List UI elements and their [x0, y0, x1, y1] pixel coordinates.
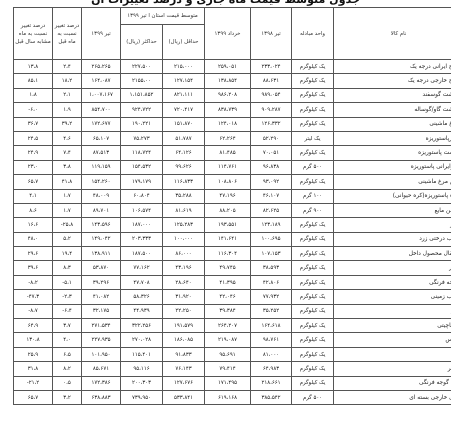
header-pct-change-year: درصد تغییر نسبت به ماه مشابه سال قبل	[14, 8, 53, 60]
cell-pct-year: ۳۱،۸	[14, 362, 53, 376]
cell-pct-year: ۲۹،۶	[14, 247, 53, 261]
cell-pct-year: ۸،۷-	[14, 304, 53, 318]
cell-tir98: ۹۸،۷۶۱	[251, 333, 292, 347]
table-row: شیرپاستوریزهیک لیتر۵۲،۲۹۰۶۲،۲۶۴۵۱،۷۸۷۷۵،…	[14, 131, 451, 145]
cell-khordad99: ۹۸۶،۲۰۸	[205, 88, 251, 102]
cell-name: خیار	[334, 261, 451, 275]
cell-pct-year: ۲۱،۲-	[14, 376, 53, 390]
cell-min: ۲۸،۶۴۰	[163, 275, 205, 289]
cell-unit: ۵۰۰ گرم	[292, 390, 334, 404]
table-body: برنج ایرانی درجه یکیک کیلوگرم۲۳۳،۰۲۴۲۵۹،…	[14, 60, 451, 405]
table-row: سیب زمینییک کیلوگرم۷۷،۹۳۲۴۲،۰۴۶۳۱،۹۲۰۵۸،…	[14, 290, 451, 304]
cell-name: شکر	[334, 362, 451, 376]
cell-name: گوشت گاو/گوساله	[334, 103, 451, 117]
cell-khordad99: ۲۵۹،۰۵۱	[205, 60, 251, 74]
cell-tir98: ۲۳۳،۰۲۴	[251, 60, 292, 74]
cell-max: ۲۷۰،۰۲۸	[121, 333, 163, 347]
cell-max: ۱۸۷،۵۰۰	[121, 247, 163, 261]
cell-tir99: ۱۱۹،۱۵۹	[82, 160, 121, 174]
cell-min: ۹۹،۶۲۶	[163, 160, 205, 174]
cell-unit: یک لیتر	[292, 131, 334, 145]
cell-max: ۲۰۰،۳۰۳	[121, 376, 163, 390]
header-tir-1399: تیر ۱۳۹۹	[82, 8, 121, 60]
cell-pct-year: ۸۵،۱	[14, 74, 53, 88]
cell-pct-month: ۳۹،۲	[53, 117, 82, 131]
cell-name: لوبیاچیتی	[334, 319, 451, 333]
cell-pct-year: ۶۵،۷	[14, 175, 53, 189]
cell-min: ۳۵،۲۸۸	[163, 189, 205, 203]
cell-tir99: ۱۴۳،۵۹۶	[82, 218, 121, 232]
cell-max: ۱۰۶،۵۷۴	[121, 203, 163, 217]
cell-max: ۱۱۵،۴۰۱	[121, 347, 163, 361]
cell-tir99: ۸۵۴،۷۰۰	[82, 103, 121, 117]
cell-unit: یک کیلوگرم	[292, 347, 334, 361]
header-unit: واحد مبادله	[292, 8, 334, 60]
cell-unit: یک کیلوگرم	[292, 74, 334, 88]
cell-tir98: ۱۰۰،۶۹۵	[251, 232, 292, 246]
cell-unit: یک کیلوگرم	[292, 333, 334, 347]
cell-name: کره پاستوریزه(کره حیوانی)	[334, 189, 451, 203]
cell-tir99: ۱۷۲،۶۷۷	[82, 117, 121, 131]
price-table: نام کالا واحد مبادله تیر ۱۳۹۸ خرداد ۱۳۹۹…	[13, 7, 451, 405]
cell-min: ۱۹۱،۵۷۹	[163, 319, 205, 333]
cell-khordad99: ۶۱۹،۱۶۸	[205, 390, 251, 404]
cell-name: سیب درختی زرد	[334, 232, 451, 246]
cell-khordad99: ۱۷۱،۴۹۵	[205, 376, 251, 390]
cell-max: ۴۷،۷۰۸	[121, 275, 163, 289]
cell-min: ۹۱،۸۳۳	[163, 347, 205, 361]
cell-tir98: ۷۰،۰۵۱	[251, 146, 292, 160]
cell-khordad99: ۴۹،۷۴۵	[205, 261, 251, 275]
cell-pct-year: ۸،۶	[14, 203, 53, 217]
cell-tir98: ۷۷،۹۳۲	[251, 290, 292, 304]
cell-max: ۱۵۴،۵۳۲	[121, 160, 163, 174]
cell-pct-month: ۴،۶	[53, 131, 82, 145]
cell-pct-month: ۷،۴	[53, 146, 82, 160]
cell-tir99: ۳۲،۱۷۵	[82, 304, 121, 318]
cell-pct-month: ۴۱،۸	[53, 175, 82, 189]
cell-pct-year: ۱۶،۶	[14, 218, 53, 232]
cell-unit: یک کیلوگرم	[292, 232, 334, 246]
cell-pct-month: ۱۸،۲	[53, 74, 82, 88]
cell-pct-month: ۳،۷	[53, 319, 82, 333]
cell-tir98: ۱۲۶،۳۳۲	[251, 117, 292, 131]
cell-tir98: ۹۶،۸۳۸	[251, 160, 292, 174]
table-title: جدول متوسط قیمت ماه جاری و درصد تغییرات …	[0, 0, 451, 6]
table-row: چای خارجی بسته ای۵۰۰ گرم۳۸۵،۵۴۲۶۱۹،۱۶۸۵۳…	[14, 390, 451, 404]
header-tir-1398: تیر ۱۳۹۸	[251, 8, 292, 60]
cell-pct-year: ۲۵،۹	[14, 347, 53, 361]
cell-min: ۲۲،۲۵۰	[163, 304, 205, 318]
cell-pct-year: ۴،۱	[14, 189, 53, 203]
cell-max: ۲۱۵۵،۰۰	[121, 74, 163, 88]
cell-min: ۷۶،۱۴۳	[163, 362, 205, 376]
cell-tir98: ۴۲،۸۰۶	[251, 275, 292, 289]
cell-tir98: ۳۵،۲۵۲	[251, 304, 292, 318]
cell-pct-year: ۳۶،۷	[14, 117, 53, 131]
cell-min: ۱۰۰،۰۰۰	[163, 232, 205, 246]
cell-khordad99: ۹۵،۶۹۱	[205, 347, 251, 361]
cell-min: ۱۵۱،۸۷۰	[163, 117, 205, 131]
cell-unit: ۵۰۰ گرم	[292, 160, 334, 174]
cell-khordad99: ۱۰۸،۸۰۶	[205, 175, 251, 189]
cell-max: ۱۱۸،۷۲۴	[121, 146, 163, 160]
cell-max: ۱،۱۵۱،۸۵۲	[121, 88, 163, 102]
cell-khordad99: ۱۳۸،۸۵۴	[205, 74, 251, 88]
cell-khordad99: ۲۶۴،۲۰۷	[205, 319, 251, 333]
cell-name: پنیرایرانی پاستوریزه	[334, 160, 451, 174]
cell-pct-month: ۵،۱-	[53, 275, 82, 289]
cell-pct-year: ۲۳،۰	[14, 160, 53, 174]
cell-unit: یک کیلوگرم	[292, 117, 334, 131]
cell-pct-year: ۱۳۰،۸	[14, 333, 53, 347]
cell-tir98: ۸۲،۶۲۵	[251, 203, 292, 217]
table-row: قندیک کیلوگرم۸۱،۰۰۰۹۵،۶۹۱۹۱،۸۳۳۱۱۵،۴۰۱۱۰…	[14, 347, 451, 361]
cell-pct-month: ۲،۳-	[53, 290, 82, 304]
table-row: عدسیک کیلوگرم۹۸،۷۶۱۲۱۹،۰۸۷۱۸۶،۰۸۵۲۷۰،۰۲۸…	[14, 333, 451, 347]
table-row: ماست پاستوریزهیک کیلوگرم۷۰،۰۵۱۸۱،۴۸۵۶۴،۱…	[14, 146, 451, 160]
cell-khordad99: ۱۱۴،۷۶۱	[205, 160, 251, 174]
cell-pct-month: ۶،۵	[53, 347, 82, 361]
cell-tir99: ۲۶۵،۲۶۵	[82, 60, 121, 74]
cell-max: ۴۴،۹۳۹	[121, 304, 163, 318]
cell-tir99: ۸۵،۶۷۱	[82, 362, 121, 376]
cell-name: گوجه فرنگی	[334, 275, 451, 289]
table-row: موزیک کیلوگرم۱۲۳،۱۸۹۱۹۳،۵۵۱۱۲۵،۲۸۳۱۸۷،۰۰…	[14, 218, 451, 232]
cell-unit: یک کیلوگرم	[292, 275, 334, 289]
cell-max: ۷۷،۱۶۲	[121, 261, 163, 275]
cell-min: ۸۶،۰۰۰	[163, 247, 205, 261]
cell-pct-year: ۶۵،۷	[14, 390, 53, 404]
cell-unit: یک کیلوگرم	[292, 103, 334, 117]
table-row: خیاریک کیلوگرم۳۸،۵۹۳۴۹،۷۴۵۴۳،۱۹۶۷۷،۱۶۲۵۳…	[14, 261, 451, 275]
cell-pct-year: ۱۳،۸	[14, 60, 53, 74]
cell-max: ۹۲۴،۷۲۲	[121, 103, 163, 117]
cell-tir99: ۱۴۹،۰۴۲	[82, 232, 121, 246]
cell-max: ۱۹۰،۲۲۱	[121, 117, 163, 131]
cell-tir99: ۳۹،۲۹۶	[82, 275, 121, 289]
cell-unit: ۱۰۰ گرم	[292, 189, 334, 203]
cell-khordad99: ۱۲۴،۰۱۸	[205, 117, 251, 131]
table-row: رب گوجه فرنگییک کیلوگرم۲۱۸،۶۶۱۱۷۱،۴۹۵۱۲۷…	[14, 376, 451, 390]
table-row: روغن مایع۹۰۰ گرم۸۲،۶۲۵۸۸،۲۰۵۸۱،۶۱۹۱۰۶،۵۷…	[14, 203, 451, 217]
cell-khordad99: ۸۱،۴۸۵	[205, 146, 251, 160]
cell-khordad99: ۱۴۱،۶۴۱	[205, 232, 251, 246]
cell-tir99: ۶۵،۱۰۷	[82, 131, 121, 145]
cell-tir99: ۵۳،۸۷۰	[82, 261, 121, 275]
cell-pct-year: ۸،۲-	[14, 275, 53, 289]
cell-khordad99: ۴۱،۳۹۵	[205, 275, 251, 289]
cell-min: ۵۳۳،۸۴۱	[163, 390, 205, 404]
cell-pct-month: ۰،۵	[53, 376, 82, 390]
cell-tir98: ۹۳،۰۹۲	[251, 175, 292, 189]
cell-pct-month: ۱،۷	[53, 203, 82, 217]
cell-name: شیرپاستوریزه	[334, 131, 451, 145]
cell-name: عدس	[334, 333, 451, 347]
cell-tir98: ۴۶،۱۰۷	[251, 189, 292, 203]
cell-tir98: ۳۸،۵۹۳	[251, 261, 292, 275]
table-row: برنج خارجی درجه یکیک کیلوگرم۸۸،۶۳۱۱۳۸،۸۵…	[14, 74, 451, 88]
cell-tir99: ۱۰۱،۹۵۰	[82, 347, 121, 361]
cell-unit: یک کیلوگرم	[292, 60, 334, 74]
cell-pct-month: ۱،۹	[53, 103, 82, 117]
table-row: برنج ایرانی درجه یکیک کیلوگرم۲۳۳،۰۲۴۲۵۹،…	[14, 60, 451, 74]
cell-name: سیب زمینی	[334, 290, 451, 304]
cell-unit: یک کیلوگرم	[292, 218, 334, 232]
cell-tir98: ۹۸۹،۰۵۴	[251, 88, 292, 102]
cell-min: ۵۱،۷۸۷	[163, 131, 205, 145]
cell-name: روغن مایع	[334, 203, 451, 217]
table-row: کره پاستوریزه(کره حیوانی)۱۰۰ گرم۴۶،۱۰۷۴۷…	[14, 189, 451, 203]
cell-pct-month: ۵،۲	[53, 232, 82, 246]
cell-min: ۱۲۷،۶۷۶	[163, 376, 205, 390]
cell-khordad99: ۴۷،۱۹۶	[205, 189, 251, 203]
table-row: مرغ ماشینییک کیلوگرم۱۲۶،۳۳۲۱۲۴،۰۱۸۱۵۱،۸۷…	[14, 117, 451, 131]
cell-unit: یک کیلوگرم	[292, 319, 334, 333]
cell-pct-month: ۱،۷	[53, 189, 82, 203]
cell-max: ۶۰،۸۰۴	[121, 189, 163, 203]
cell-name: گوشت گوسفند	[334, 88, 451, 102]
cell-tir99: ۱،۰۰۷،۱۶۷	[82, 88, 121, 102]
cell-name: قند	[334, 347, 451, 361]
cell-khordad99: ۱۱۶،۳۰۴	[205, 247, 251, 261]
table-row: پرتقال محصول داخلیک کیلوگرم۱۰۷،۱۵۳۱۱۶،۳۰…	[14, 247, 451, 261]
table-row: لوبیاچیتییک کیلوگرم۱۶۴،۶۱۸۲۶۴،۲۰۷۱۹۱،۵۷۹…	[14, 319, 451, 333]
cell-min: ۳۱،۹۲۰	[163, 290, 205, 304]
cell-tir99: ۸۹،۷۰۱	[82, 203, 121, 217]
table-row: پیازیک کیلوگرم۳۵،۲۵۲۳۹،۳۸۴۲۲،۲۵۰۴۴،۹۳۹۳۲…	[14, 304, 451, 318]
cell-name: رب گوجه فرنگی	[334, 376, 451, 390]
cell-max: ۱۷۹،۱۷۹	[121, 175, 163, 189]
cell-max: ۳۲۲،۲۵۶	[121, 319, 163, 333]
cell-pct-year: ۲۴،۹	[14, 146, 53, 160]
cell-tir98: ۵۲،۲۹۰	[251, 131, 292, 145]
cell-tir98: ۱۰۷،۱۵۳	[251, 247, 292, 261]
cell-khordad99: ۶۲،۲۶۴	[205, 131, 251, 145]
cell-khordad99: ۱۹۳،۵۵۱	[205, 218, 251, 232]
cell-min: ۴۳،۱۹۶	[163, 261, 205, 275]
cell-pct-month: ۸،۳	[53, 261, 82, 275]
cell-max: ۹۵،۱۱۶	[121, 362, 163, 376]
cell-khordad99: ۸۸،۲۰۵	[205, 203, 251, 217]
cell-pct-month: ۶،۴-	[53, 304, 82, 318]
cell-name: پرتقال محصول داخل	[334, 247, 451, 261]
cell-name: پیاز	[334, 304, 451, 318]
table-row: گوجه فرنگییک کیلوگرم۴۲،۸۰۶۴۱،۳۹۵۲۸،۶۴۰۴۷…	[14, 275, 451, 289]
cell-tir98: ۶۴،۹۸۳	[251, 362, 292, 376]
cell-name: برنج ایرانی درجه یک	[334, 60, 451, 74]
cell-min: ۸۲۱،۱۱۱	[163, 88, 205, 102]
cell-pct-month: ۳،۲	[53, 390, 82, 404]
header-max-price: حداکثر (ریال)	[121, 25, 163, 60]
cell-pct-year: ۳۹،۶	[14, 261, 53, 275]
cell-unit: یک کیلوگرم	[292, 175, 334, 189]
cell-tir99: ۱۷۲،۳۸۶	[82, 376, 121, 390]
cell-unit: یک کیلوگرم	[292, 88, 334, 102]
cell-min: ۱۱۶،۸۳۳	[163, 175, 205, 189]
table-row: گوشت گوسفندیک کیلوگرم۹۸۹،۰۵۴۹۸۶،۲۰۸۸۲۱،۱…	[14, 88, 451, 102]
cell-tir98: ۱۲۳،۱۸۹	[251, 218, 292, 232]
cell-tir98: ۳۸۵،۵۴۲	[251, 390, 292, 404]
cell-unit: یک کیلوگرم	[292, 146, 334, 160]
cell-min: ۸۱،۶۱۹	[163, 203, 205, 217]
cell-min: ۲۱۵،۰۰۰	[163, 60, 205, 74]
cell-unit: ۹۰۰ گرم	[292, 203, 334, 217]
cell-min: ۱۲۵،۲۸۳	[163, 218, 205, 232]
table-row: گوشت گاو/گوسالهیک کیلوگرم۹۰۹،۲۸۷۸۳۸،۷۳۹۷…	[14, 103, 451, 117]
header-item-name: نام کالا	[334, 8, 451, 60]
cell-max: ۲۲۷،۵۰۰	[121, 60, 163, 74]
cell-min: ۱۲۷،۱۵۴	[163, 74, 205, 88]
cell-name: ماست پاستوریزه	[334, 146, 451, 160]
cell-pct-month: ۴،۰	[53, 333, 82, 347]
cell-tir98: ۸۱،۰۰۰	[251, 347, 292, 361]
cell-pct-month: ۲،۱	[53, 88, 82, 102]
cell-min: ۶۴،۱۲۶	[163, 146, 205, 160]
cell-max: ۷۳۹،۹۵۰	[121, 390, 163, 404]
cell-khordad99: ۷۹،۴۱۴	[205, 362, 251, 376]
cell-name: مرغ ماشینی	[334, 117, 451, 131]
cell-unit: یک کیلوگرم	[292, 362, 334, 376]
cell-pct-year: ۴۷،۳-	[14, 290, 53, 304]
cell-unit: یک کیلوگرم	[292, 304, 334, 318]
cell-tir98: ۱۶۴،۶۱۸	[251, 319, 292, 333]
cell-tir99: ۴۱،۰۸۲	[82, 290, 121, 304]
cell-pct-month: ۸،۲	[53, 362, 82, 376]
cell-unit: یک کیلوگرم	[292, 290, 334, 304]
cell-khordad99: ۴۲،۰۴۶	[205, 290, 251, 304]
cell-khordad99: ۳۹،۳۸۴	[205, 304, 251, 318]
cell-pct-year: ۶،۰-	[14, 103, 53, 117]
table-row: سیب درختی زردیک کیلوگرم۱۰۰،۶۹۵۱۴۱،۶۴۱۱۰۰…	[14, 232, 451, 246]
cell-name: چای خارجی بسته ای	[334, 390, 451, 404]
cell-pct-year: ۱،۸	[14, 88, 53, 102]
cell-pct-year: ۴۸،۰	[14, 232, 53, 246]
cell-name: موز	[334, 218, 451, 232]
header-pct-change-month: درصد تغییر نسبت به ماه قبل	[53, 8, 82, 60]
header-province-average: متوسط قیمت استان ا تیر ۱۳۹۹	[121, 8, 205, 25]
cell-unit: یک کیلوگرم	[292, 376, 334, 390]
cell-tir99: ۱۶۴،۰۸۷	[82, 74, 121, 88]
table-row: پنیرایرانی پاستوریزه۵۰۰ گرم۹۶،۸۳۸۱۱۴،۷۶۱…	[14, 160, 451, 174]
cell-max: ۵۸،۳۲۶	[121, 290, 163, 304]
cell-pct-month: ۲۵،۸-	[53, 218, 82, 232]
cell-tir98: ۸۸،۶۳۱	[251, 74, 292, 88]
table-row: شکریک کیلوگرم۶۴،۹۸۳۷۹،۴۱۴۷۶،۱۴۳۹۵،۱۱۶۸۵،…	[14, 362, 451, 376]
cell-unit: یک کیلوگرم	[292, 247, 334, 261]
cell-khordad99: ۲۱۹،۰۸۷	[205, 333, 251, 347]
cell-max: ۷۵،۲۷۳	[121, 131, 163, 145]
cell-tir99: ۲۲۷،۹۳۵	[82, 333, 121, 347]
cell-pct-year: ۲۴،۵	[14, 131, 53, 145]
cell-max: ۱۸۷،۰۰۰	[121, 218, 163, 232]
cell-tir99: ۲۷۱،۵۳۴	[82, 319, 121, 333]
cell-tir99: ۱۵۴،۲۶۰	[82, 175, 121, 189]
cell-tir98: ۲۱۸،۶۶۱	[251, 376, 292, 390]
cell-pct-year: ۶۴،۹	[14, 319, 53, 333]
table-row: تخم مرغ ماشینییک کیلوگرم۹۳،۰۹۲۱۰۸،۸۰۶۱۱۶…	[14, 175, 451, 189]
cell-tir99: ۶۳۸،۸۸۳	[82, 390, 121, 404]
cell-min: ۷۲۰،۴۱۷	[163, 103, 205, 117]
cell-tir98: ۹۰۹،۲۸۷	[251, 103, 292, 117]
header-min-price: حداقل (ریال)	[163, 25, 205, 60]
cell-pct-month: ۳،۸	[53, 160, 82, 174]
cell-tir99: ۱۳۸،۹۱۱	[82, 247, 121, 261]
cell-max: ۲۰۳،۳۳۳	[121, 232, 163, 246]
cell-min: ۱۸۶،۰۸۵	[163, 333, 205, 347]
cell-pct-month: ۱۹،۴	[53, 247, 82, 261]
cell-pct-month: ۲،۴	[53, 60, 82, 74]
cell-tir99: ۴۸،۰۰۹	[82, 189, 121, 203]
cell-khordad99: ۸۳۸،۷۳۹	[205, 103, 251, 117]
cell-tir99: ۸۷،۵۱۳	[82, 146, 121, 160]
cell-name: برنج خارجی درجه یک	[334, 74, 451, 88]
header-khordad-1399: خرداد ۱۳۹۹	[205, 8, 251, 60]
cell-unit: یک کیلوگرم	[292, 261, 334, 275]
cell-name: تخم مرغ ماشینی	[334, 175, 451, 189]
